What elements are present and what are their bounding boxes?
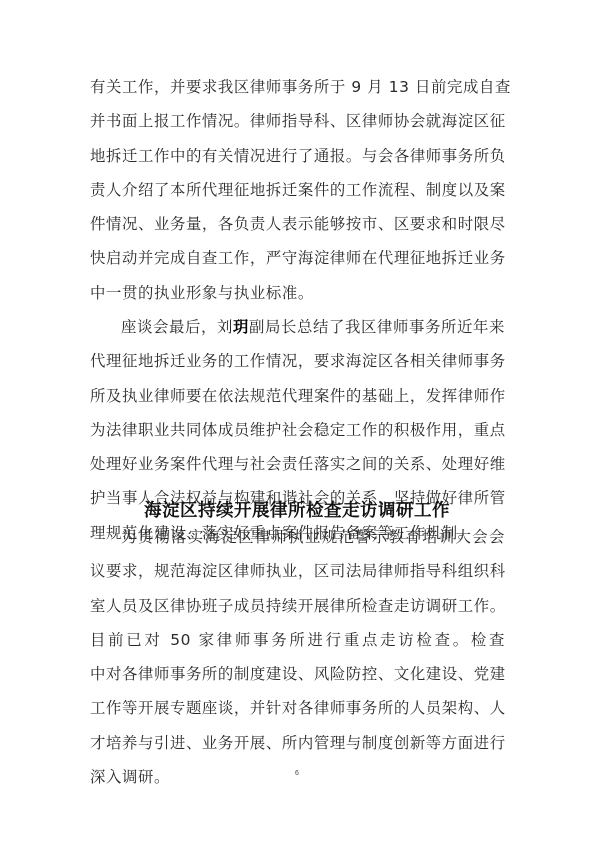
text-line: 才培养与引进、业务开展、所内管理与制度创新等方面进行 <box>90 726 505 760</box>
text-line: 并书面上报工作情况。律师指导科、区律师协会就海淀区征 <box>90 104 505 138</box>
section-title: 海淀区持续开展律所检查走访调研工作 <box>0 497 594 522</box>
text-line: 为法律职业共同体成员维护社会稳定工作的积极作用，重点 <box>90 413 505 447</box>
text-line: 快启动并完成自查工作，严守海淀律师在代理征地拆迁业务 <box>90 241 505 275</box>
person-name: 玥 <box>233 318 249 336</box>
text-line: 责人介绍了本所代理征地拆迁案件的工作流程、制度以及案 <box>90 173 505 207</box>
text-line: 议要求，规范海淀区律师执业，区司法局律师指导科组织科 <box>90 554 505 588</box>
text-line: 所及执业律师要在依法规范代理案件的基础上，发挥律师作 <box>90 379 505 413</box>
text-line: 座谈会最后，刘玥副局长总结了我区律师事务所近年来 <box>90 310 505 344</box>
text-line: 室人员及区律协班子成员持续开展律所检查走访调研工作。 <box>90 589 505 623</box>
text-line: 深入调研。 <box>90 760 505 794</box>
text-line: 为贯彻落实海淀区律师执业规范警示教育培训大会会 <box>90 520 505 554</box>
text-line: 件情况、业务量，各负责人表示能够按市、区要求和时限尽 <box>90 207 505 241</box>
text-line: 中一贯的执业形象与执业标准。 <box>90 276 505 310</box>
text-line: 地拆迁工作中的有关情况进行了通报。与会各律师事务所负 <box>90 139 505 173</box>
text-line: 目前已对 50 家律师事务所进行重点走访检查。检查 <box>90 623 505 657</box>
paragraph-inspection-visits: 为贯彻落实海淀区律师执业规范警示教育培训大会会 议要求，规范海淀区律师执业，区司… <box>90 520 505 794</box>
text-line: 中对各律师事务所的制度建设、风险防控、文化建设、党建 <box>90 657 505 691</box>
page-number: 6 <box>0 770 594 777</box>
text-segment: 座谈会最后，刘 <box>121 318 233 336</box>
text-line: 处理好业务案件代理与社会责任落实之间的关系、处理好维 <box>90 447 505 481</box>
text-line: 有关工作，并要求我区律师事务所于 9 月 13 日前完成自查 <box>90 70 505 104</box>
text-segment: 副局长总结了我区律师事务所近年来 <box>249 318 505 336</box>
document-page: 有关工作，并要求我区律师事务所于 9 月 13 日前完成自查 并书面上报工作情况… <box>0 0 594 842</box>
paragraph-inspection-meeting: 有关工作，并要求我区律师事务所于 9 月 13 日前完成自查 并书面上报工作情况… <box>90 70 505 310</box>
text-line: 工作等开展专题座谈，并针对各律师事务所的人员架构、人 <box>90 691 505 725</box>
text-line: 代理征地拆迁业务的工作情况，要求海淀区各相关律师事务 <box>90 344 505 378</box>
